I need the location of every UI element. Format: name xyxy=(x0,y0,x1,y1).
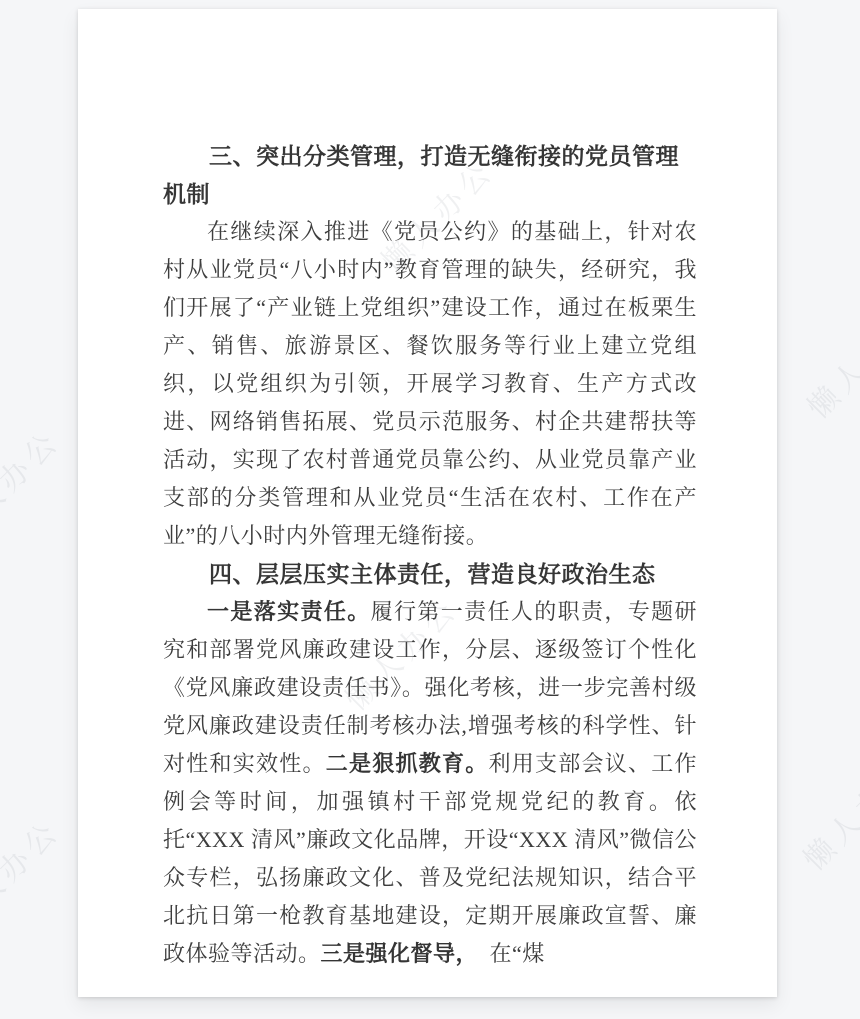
bold-run-second-education: 二是狠抓教育。 xyxy=(326,751,489,776)
paragraph-text: 履行第一责任人的职责，专题研究和部署党风廉政建设工作，分层、逐级签订个性化《党风… xyxy=(163,599,697,776)
document-viewer: 懒人办公 懒人办公 懒人办公 懒人办公 懒人办公 懒人办公 三、突出分类管理，打… xyxy=(0,0,860,1019)
document-content: 三、突出分类管理，打造无缝衔接的党员管理机制 在继续深入推进《党员公约》的基础上… xyxy=(163,137,697,973)
paragraph-text: 在继续深入推进《党员公约》的基础上，针对农村从业党员“八小时内”教育管理的缺失，… xyxy=(163,219,697,548)
paragraph-text: 利用支部会议、工作例会等时间，加强镇村干部党规党纪的教育。依托“XXX 清风”廉… xyxy=(163,751,697,966)
watermark: 懒人办公 xyxy=(792,746,860,879)
section-heading-4: 四、层层压实主体责任，营造良好政治生态 xyxy=(163,555,697,593)
document-page: 三、突出分类管理，打造无缝衔接的党员管理机制 在继续深入推进《党员公约》的基础上… xyxy=(78,9,777,997)
bold-run-first-duty: 一是落实责任。 xyxy=(207,599,371,624)
section-3-paragraph: 在继续深入推进《党员公约》的基础上，针对农村从业党员“八小时内”教育管理的缺失，… xyxy=(163,213,697,555)
section-heading-3: 三、突出分类管理，打造无缝衔接的党员管理机制 xyxy=(163,137,697,213)
watermark: 懒人办公 xyxy=(0,418,68,551)
section-4-paragraph: 一是落实责任。履行第一责任人的职责，专题研究和部署党风廉政建设工作，分层、逐级签… xyxy=(163,593,697,973)
bold-run-third-supervision: 三是强化督导， xyxy=(321,941,468,966)
paragraph-text: 在“煤 xyxy=(467,941,545,966)
watermark: 懒人办公 xyxy=(0,808,68,941)
watermark: 懒人办公 xyxy=(796,294,860,427)
